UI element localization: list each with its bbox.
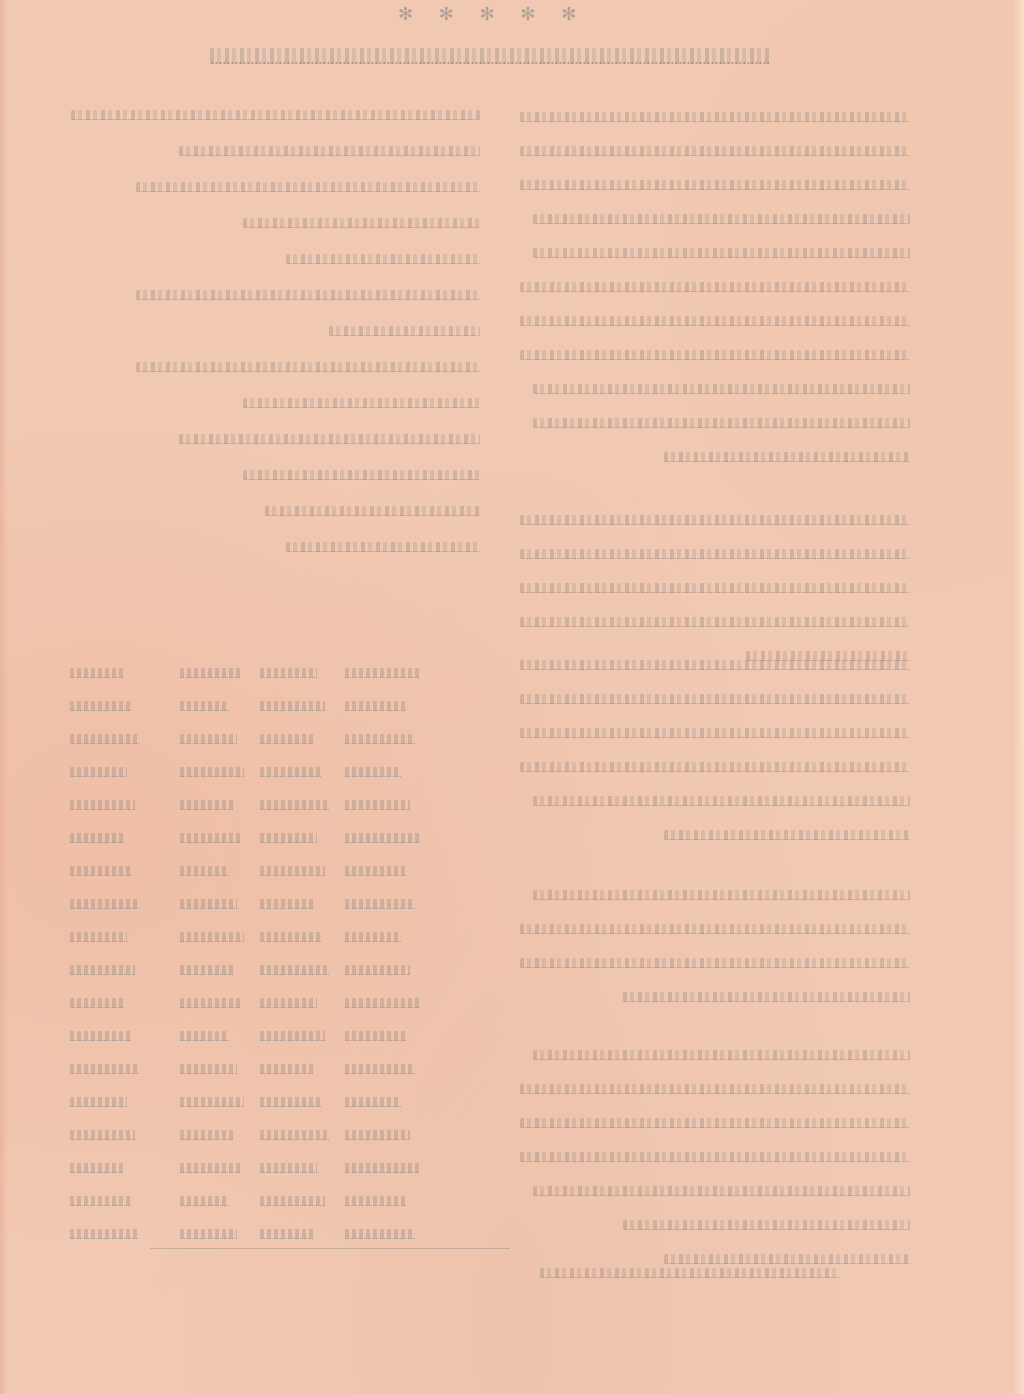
table-cell-r1-c3 bbox=[260, 668, 317, 678]
prose-line bbox=[520, 1084, 910, 1094]
prose-line bbox=[664, 452, 910, 462]
prose-line bbox=[520, 1152, 910, 1162]
list-line bbox=[243, 398, 480, 408]
table-cell-r3-c2 bbox=[180, 734, 237, 744]
prose-line bbox=[520, 112, 910, 122]
table-cell-r5-c2 bbox=[180, 800, 233, 810]
table-cell-r6-c2 bbox=[180, 833, 240, 843]
table-cell-r10-c2 bbox=[180, 965, 233, 975]
list-line bbox=[329, 326, 480, 336]
table-cell-r4-c1 bbox=[70, 767, 127, 777]
prose-line bbox=[533, 418, 910, 428]
table-cell-r2-c3 bbox=[260, 701, 325, 711]
table-cell-r11-c1 bbox=[70, 998, 123, 1008]
table-cell-r18-c1 bbox=[70, 1229, 139, 1239]
prose-line bbox=[520, 617, 910, 627]
prose-line bbox=[520, 728, 910, 738]
list-line bbox=[286, 254, 480, 264]
prose-line bbox=[520, 924, 910, 934]
table-cell-r17-c4 bbox=[345, 1196, 406, 1206]
right-column-prose bbox=[500, 0, 910, 1394]
table-cell-r15-c2 bbox=[180, 1130, 233, 1140]
table-cell-r2-c1 bbox=[70, 701, 131, 711]
prose-line bbox=[533, 1050, 910, 1060]
table-cell-r5-c4 bbox=[345, 800, 410, 810]
table-cell-r8-c4 bbox=[345, 899, 415, 909]
prose-line bbox=[533, 214, 910, 224]
list-line bbox=[136, 290, 480, 300]
table-cell-r10-c1 bbox=[70, 965, 135, 975]
table-cell-r5-c1 bbox=[70, 800, 135, 810]
table-cell-r11-c2 bbox=[180, 998, 240, 1008]
manuscript-page: ✻ ✻ ✻ ✻ ✻ bbox=[0, 0, 1024, 1394]
prose-line bbox=[520, 958, 910, 968]
list-line bbox=[286, 542, 480, 552]
prose-line bbox=[520, 282, 910, 292]
table-cell-r3-c3 bbox=[260, 734, 313, 744]
table-cell-r12-c3 bbox=[260, 1031, 325, 1041]
table-cell-r11-c3 bbox=[260, 998, 317, 1008]
table-cell-r16-c2 bbox=[180, 1163, 240, 1173]
prose-line bbox=[623, 992, 910, 1002]
table-cell-r14-c2 bbox=[180, 1097, 244, 1107]
prose-line bbox=[664, 830, 910, 840]
table-cell-r18-c3 bbox=[260, 1229, 313, 1239]
table-cell-r1-c4 bbox=[345, 668, 419, 678]
table-cell-r13-c4 bbox=[345, 1064, 415, 1074]
table-cell-r12-c4 bbox=[345, 1031, 406, 1041]
table-cell-r16-c3 bbox=[260, 1163, 317, 1173]
table-cell-r12-c1 bbox=[70, 1031, 131, 1041]
table-cell-r2-c4 bbox=[345, 701, 406, 711]
list-line bbox=[136, 362, 480, 372]
prose-line bbox=[664, 1254, 910, 1264]
prose-line bbox=[533, 890, 910, 900]
table-cell-r14-c1 bbox=[70, 1097, 127, 1107]
table-cell-r6-c4 bbox=[345, 833, 419, 843]
page-edge-right bbox=[1012, 0, 1024, 1394]
table-cell-r12-c2 bbox=[180, 1031, 229, 1041]
list-line bbox=[179, 146, 480, 156]
table-cell-r15-c1 bbox=[70, 1130, 135, 1140]
prose-line bbox=[520, 515, 910, 525]
table-cell-r6-c1 bbox=[70, 833, 123, 843]
table-cell-r2-c2 bbox=[180, 701, 229, 711]
prose-line bbox=[520, 350, 910, 360]
table-cell-r17-c1 bbox=[70, 1196, 131, 1206]
table-cell-r4-c3 bbox=[260, 767, 321, 777]
table-cell-r13-c2 bbox=[180, 1064, 237, 1074]
list-line bbox=[71, 110, 480, 120]
table-cell-r11-c4 bbox=[345, 998, 419, 1008]
table-cell-r8-c2 bbox=[180, 899, 237, 909]
prose-line bbox=[520, 583, 910, 593]
prose-line bbox=[520, 1118, 910, 1128]
table-cell-r4-c2 bbox=[180, 767, 244, 777]
prose-line bbox=[520, 180, 910, 190]
prose-line bbox=[520, 660, 910, 670]
table-cell-r1-c1 bbox=[70, 668, 123, 678]
table-cell-r17-c2 bbox=[180, 1196, 229, 1206]
table-cell-r7-c2 bbox=[180, 866, 229, 876]
table-cell-r18-c2 bbox=[180, 1229, 237, 1239]
table-cell-r10-c4 bbox=[345, 965, 410, 975]
list-line bbox=[136, 182, 480, 192]
table-cell-r15-c4 bbox=[345, 1130, 410, 1140]
table-cell-r3-c4 bbox=[345, 734, 415, 744]
table-cell-r1-c2 bbox=[180, 668, 240, 678]
table-cell-r18-c4 bbox=[345, 1229, 415, 1239]
signature-line bbox=[540, 1268, 840, 1278]
prose-line bbox=[533, 248, 910, 258]
table-cell-r6-c3 bbox=[260, 833, 317, 843]
table-cell-r13-c3 bbox=[260, 1064, 313, 1074]
list-line bbox=[243, 218, 480, 228]
table-cell-r4-c4 bbox=[345, 767, 401, 777]
table-cell-r8-c3 bbox=[260, 899, 313, 909]
prose-line bbox=[623, 1220, 910, 1230]
table-cell-r9-c3 bbox=[260, 932, 321, 942]
list-line bbox=[243, 470, 480, 480]
table-cell-r7-c4 bbox=[345, 866, 406, 876]
table-cell-r5-c3 bbox=[260, 800, 329, 810]
table-cell-r10-c3 bbox=[260, 965, 329, 975]
prose-line bbox=[520, 316, 910, 326]
table-cell-r14-c4 bbox=[345, 1097, 401, 1107]
table-cell-r8-c1 bbox=[70, 899, 139, 909]
table-cell-r7-c3 bbox=[260, 866, 325, 876]
list-line bbox=[265, 506, 480, 516]
prose-line bbox=[520, 694, 910, 704]
table-cell-r15-c3 bbox=[260, 1130, 329, 1140]
table-cell-r14-c3 bbox=[260, 1097, 321, 1107]
table-cell-r3-c1 bbox=[70, 734, 139, 744]
table-cell-r16-c1 bbox=[70, 1163, 123, 1173]
table-cell-r7-c1 bbox=[70, 866, 131, 876]
table-cell-r9-c2 bbox=[180, 932, 244, 942]
prose-line bbox=[533, 384, 910, 394]
table-cell-r9-c1 bbox=[70, 932, 127, 942]
table-cell-r9-c4 bbox=[345, 932, 401, 942]
list-line bbox=[179, 434, 480, 444]
prose-line bbox=[520, 762, 910, 772]
prose-line bbox=[520, 549, 910, 559]
page-edge-left bbox=[0, 0, 8, 1394]
table-cell-r13-c1 bbox=[70, 1064, 139, 1074]
table-cell-r17-c3 bbox=[260, 1196, 325, 1206]
table-cell-r16-c4 bbox=[345, 1163, 419, 1173]
prose-line bbox=[520, 146, 910, 156]
footer-rule bbox=[150, 1248, 510, 1249]
prose-line bbox=[533, 796, 910, 806]
prose-line bbox=[533, 1186, 910, 1196]
left-column-list-and-table bbox=[60, 0, 490, 1394]
